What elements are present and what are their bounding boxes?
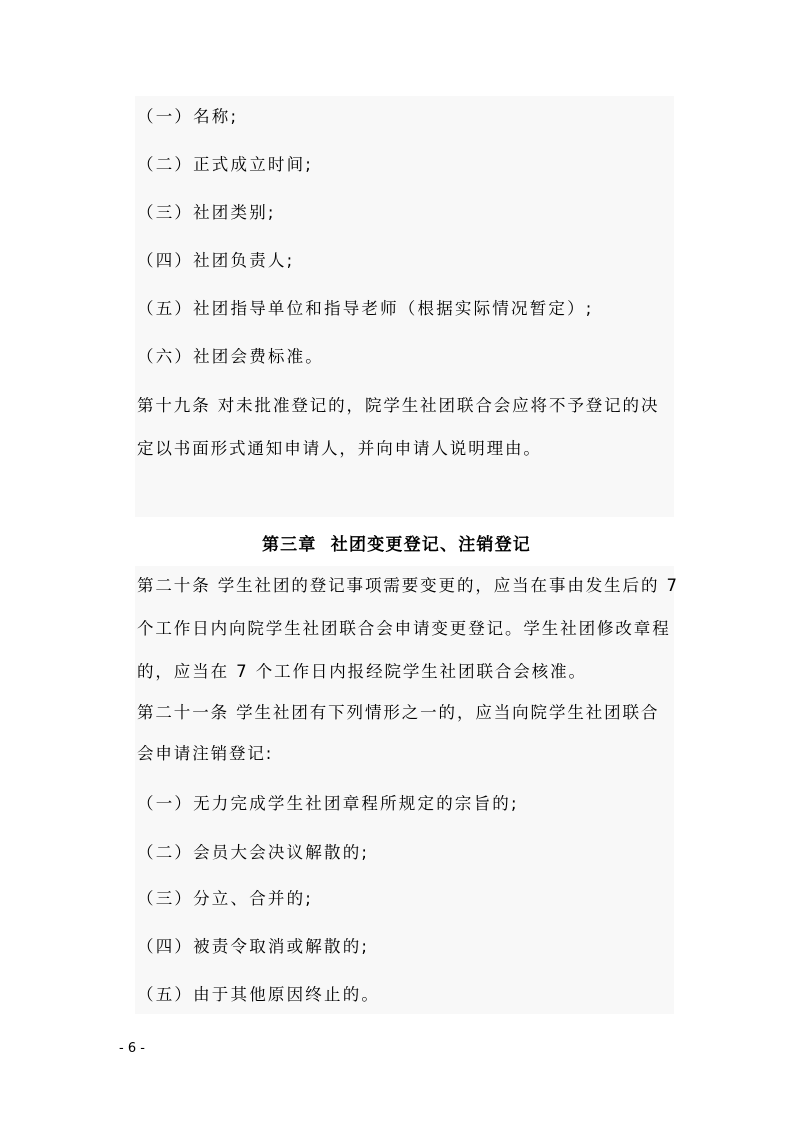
list-item: （二）会员大会决议解散的; xyxy=(137,843,369,863)
page-number: - 6 - xyxy=(119,1041,145,1057)
article-20-line: 个工作日内向院学生社团联合会申请变更登记。学生社团修改章程 xyxy=(137,619,671,639)
chapter-heading: 第三章 社团变更登记、注销登记 xyxy=(0,534,793,556)
list-item: （五）由于其他原因终止的。 xyxy=(137,985,380,1005)
list-item: （三）分立、合并的; xyxy=(137,889,313,909)
list-item: （五）社团指导单位和指导老师（根据实际情况暂定）; xyxy=(137,299,594,319)
list-item: （一）名称; xyxy=(137,107,238,127)
article-21-line: 会申请注销登记: xyxy=(137,744,273,764)
list-item: （二）正式成立时间; xyxy=(137,155,313,175)
article-20-line: 的，应当在 7 个工作日内报经院学生社团联合会核准。 xyxy=(137,662,587,682)
article-20-line: 第二十条 学生社团的登记事项需要变更的，应当在事由发生后的 7 xyxy=(137,576,679,596)
list-item: （三）社团类别; xyxy=(137,203,276,223)
list-item: （一）无力完成学生社团章程所规定的宗旨的; xyxy=(137,794,519,814)
list-item: （四）被责令取消或解散的; xyxy=(137,937,369,957)
article-19-line: 定以书面形式通知申请人，并向申请人说明理由。 xyxy=(137,439,542,459)
list-item: （四）社团负责人; xyxy=(137,251,294,271)
article-21-line: 第二十一条 学生社团有下列情形之一的，应当向院学生社团联合 xyxy=(137,703,659,723)
list-item: （六）社团会费标准。 xyxy=(137,347,324,367)
article-19-line: 第十九条 对未批准登记的，院学生社团联合会应将不予登记的决 xyxy=(137,396,659,416)
